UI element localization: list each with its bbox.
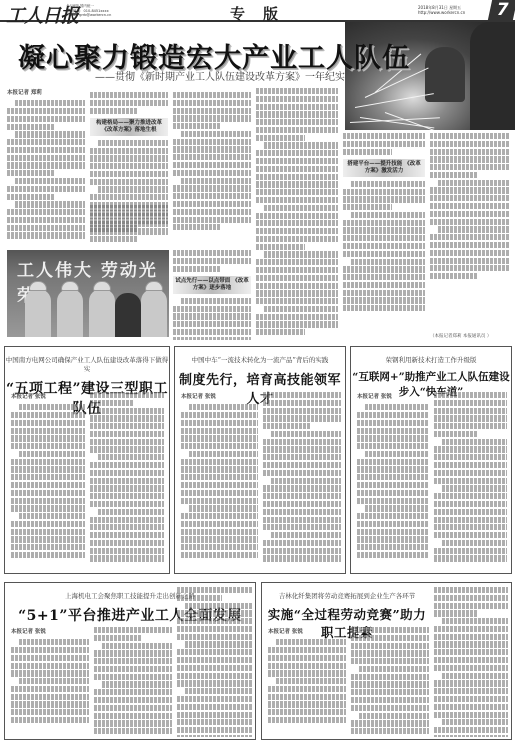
story-kicker: 吉林化纤集团将劳动竞赛拓展到企业生产各环节 bbox=[262, 591, 432, 600]
lead-column-2b bbox=[90, 205, 168, 248]
lead-subhead: ——贯彻《新时期产业工人队伍建设改革方案》一年纪实 bbox=[95, 68, 345, 83]
story-box-internet-plus: 荣钢利用新技术打造工作升级版 “互联网+”助推产业工人队伍建设步入“快车道” 本… bbox=[350, 346, 512, 574]
story-byline: 本报记者 张锐 bbox=[181, 394, 258, 400]
story-kicker: 中国中车“一流技术转化为一流产品”背后的实践 bbox=[175, 355, 345, 364]
story-kicker: 荣钢利用新技术打造工作升级版 bbox=[351, 355, 511, 364]
lead-byline: 本报记者 郑莉 bbox=[7, 90, 85, 96]
story-box-jilin: 吉林化纤集团将劳动竞赛拓展到企业生产各环节 实施“全过程劳动竞赛”助力职工提素 … bbox=[261, 582, 512, 740]
story-byline: 本报记者 张锐 bbox=[357, 394, 429, 400]
story-box-crrc: 中国中车“一流技术转化为一流产品”背后的实践 制度先行，培育高技能领军人才 本报… bbox=[174, 346, 346, 574]
lead-credit: （本报记者郑莉 本报通讯员 ） bbox=[430, 333, 491, 339]
worker-figure bbox=[25, 289, 51, 337]
story-byline: 本报记者 张锐 bbox=[11, 629, 89, 635]
lead-subheading-3: 搭建平台——提升技能 《改革方案》激发活力 bbox=[343, 159, 425, 177]
masthead-info: 今日8版 国内统一 新闻热线：010-8451xxxx E-mail: grrb… bbox=[66, 4, 111, 18]
story-byline: 本报记者 张锐 bbox=[11, 394, 85, 400]
story-byline: 本报记者 张锐 bbox=[268, 629, 346, 635]
worker-figure bbox=[57, 289, 83, 337]
lead-subheading-1: 构建格局——聚力推进改革 《改革方案》落地生根 bbox=[90, 118, 168, 136]
dateline: 2018年8月31日 星期五 http://www.workercn.cn bbox=[418, 5, 465, 15]
story-box-southern-grid: 中国南方电网公司确保产业工人队伍建设改革落得下做得实 “五项工程”建设三型职工队… bbox=[4, 346, 170, 574]
section-label: 专版 bbox=[230, 3, 296, 24]
worker-figure bbox=[115, 293, 141, 337]
lead-subheading-2: 试点先行——以点带面 《改革方案》逐步落地 bbox=[173, 276, 251, 294]
workers-group-photo: 工人伟大 劳动光荣 bbox=[7, 250, 169, 337]
lead-column-5 bbox=[256, 88, 338, 340]
lead-column-4: 试点先行——以点带面 《改革方案》逐步落地 bbox=[173, 250, 251, 340]
lead-column-3 bbox=[173, 92, 251, 248]
worker-figure bbox=[89, 289, 115, 337]
lead-column-1: 本报记者 郑莉 bbox=[7, 88, 85, 248]
worker-figure-foreground bbox=[470, 22, 515, 130]
lead-column-6: 搭建平台——提升技能 《改革方案》激发活力 bbox=[343, 133, 425, 340]
masthead: 工人日报 今日8版 国内统一 新闻热线：010-8451xxxx E-mail:… bbox=[0, 0, 515, 22]
lead-column-7 bbox=[430, 133, 510, 340]
story-kicker: 中国南方电网公司确保产业工人队伍建设改革落得下做得实 bbox=[5, 355, 169, 373]
story-box-shanghai: 上海机电工会聚焦职工技能提升走出创新之路 “5+1”平台推进产业工人全面发展 本… bbox=[4, 582, 256, 740]
worker-figure bbox=[141, 289, 167, 337]
site-url[interactable]: http://www.workercn.cn bbox=[418, 10, 465, 15]
page-number: 7 bbox=[488, 0, 515, 20]
